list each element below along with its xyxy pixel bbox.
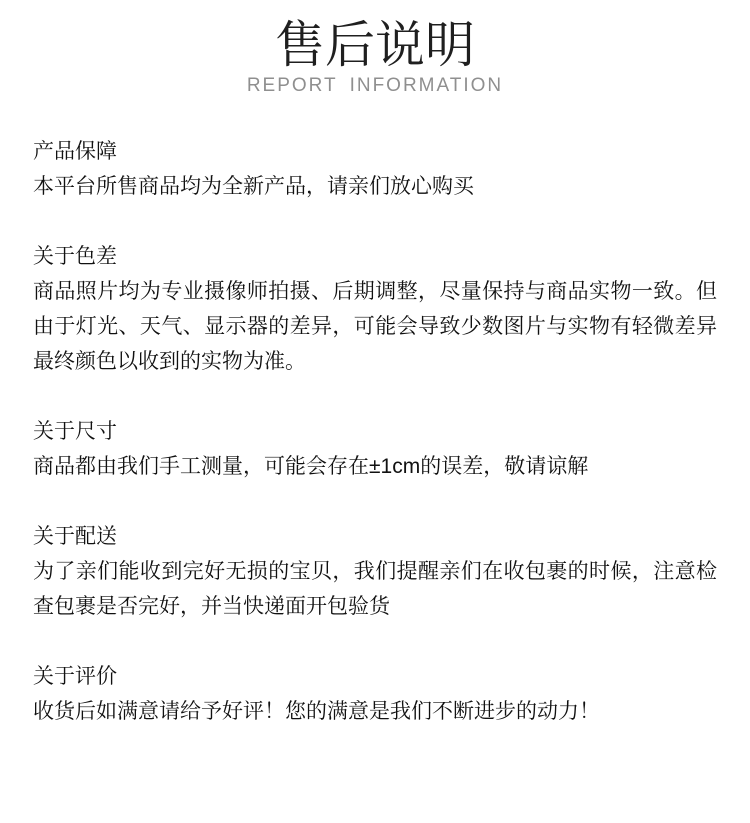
page-header: 售后说明 REPORT INFORMATION (0, 0, 750, 98)
section-review: 关于评价 收货后如满意请给予好评！您的满意是我们不断进步的动力！ (33, 659, 717, 729)
section-body: 本平台所售商品均为全新产品，请亲们放心购买 (33, 169, 717, 204)
section-body: 商品照片均为专业摄像师拍摄、后期调整，尽量保持与商品实物一致。但由于灯光、天气、… (33, 274, 717, 379)
page-subtitle: REPORT INFORMATION (0, 74, 750, 98)
section-title: 产品保障 (33, 134, 717, 169)
section-color-difference: 关于色差 商品照片均为专业摄像师拍摄、后期调整，尽量保持与商品实物一致。但由于灯… (33, 239, 717, 379)
sections-container: 产品保障 本平台所售商品均为全新产品，请亲们放心购买 关于色差 商品照片均为专业… (0, 134, 750, 729)
section-title: 关于色差 (33, 239, 717, 274)
section-size: 关于尺寸 商品都由我们手工测量，可能会存在±1cm的误差，敬请谅解 (33, 414, 717, 484)
after-sales-page: 售后说明 REPORT INFORMATION 产品保障 本平台所售商品均为全新… (0, 0, 750, 823)
section-title: 关于尺寸 (33, 414, 717, 449)
section-product-guarantee: 产品保障 本平台所售商品均为全新产品，请亲们放心购买 (33, 134, 717, 204)
section-body: 商品都由我们手工测量，可能会存在±1cm的误差，敬请谅解 (33, 449, 717, 484)
section-body: 收货后如满意请给予好评！您的满意是我们不断进步的动力！ (33, 694, 717, 729)
section-title: 关于配送 (33, 519, 717, 554)
section-body: 为了亲们能收到完好无损的宝贝，我们提醒亲们在收包裹的时候，注意检查包裹是否完好，… (33, 554, 717, 624)
page-title: 售后说明 (0, 16, 750, 74)
section-delivery: 关于配送 为了亲们能收到完好无损的宝贝，我们提醒亲们在收包裹的时候，注意检查包裹… (33, 519, 717, 624)
section-title: 关于评价 (33, 659, 717, 694)
